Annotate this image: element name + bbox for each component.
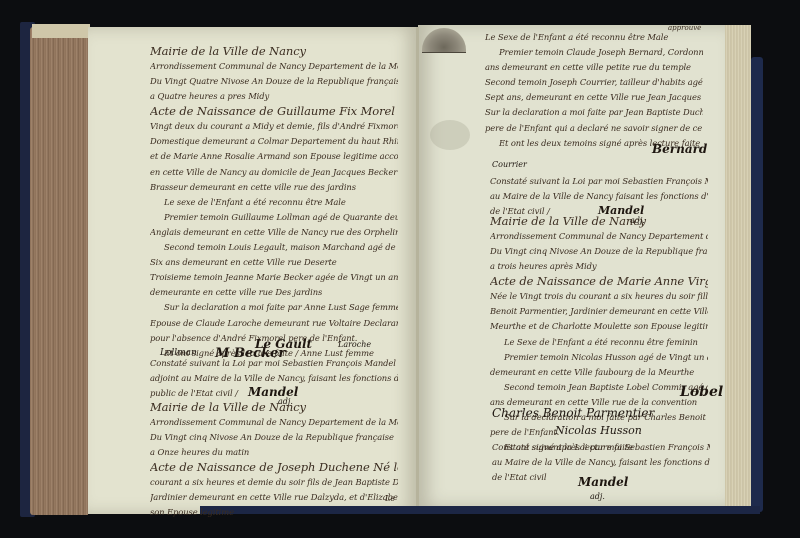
record1-body-line: Epouse de Claude Laroche demeurant rue V…	[150, 316, 398, 331]
left-record2-text: Mairie de la Ville de Nancy Arrondisseme…	[150, 400, 398, 521]
signature-lobel: Lobel	[680, 384, 723, 400]
record2-cont-line: Sur la declaration a moi faite par Jean …	[485, 105, 703, 120]
record2-body-line: son Epouse legitime	[150, 505, 398, 520]
certification-line: au Maire de la Ville de Nancy faisant le…	[490, 189, 708, 204]
officer-title: adj.	[590, 492, 605, 501]
record2-cont-line: Second temoin Joseph Courrier, tailleur …	[485, 75, 703, 90]
signature-laroche: Laroche	[338, 340, 371, 349]
record2-act-title: Acte de Naissance de Joseph Duchene Né l…	[150, 460, 398, 475]
record1-body-line: demeurante en cette ville rue Des jardin…	[150, 285, 398, 300]
record2-line: Arrondissement Communal de Nancy Departe…	[150, 415, 398, 430]
record3-body-line: demeurant en cette Ville faubourg de la …	[490, 365, 708, 380]
record3-body-line: Second temoin Jean Baptiste Lobel Commis…	[490, 380, 708, 395]
record2-line: a Onze heures du matin	[150, 445, 398, 460]
record1-body-line: Sur la declaration a moi faite par Anne …	[150, 300, 398, 315]
certification-line: au Maire de la Ville de Nancy, faisant l…	[492, 455, 710, 470]
record1-body-line: Anglais demeurant en cette Ville de Nanc…	[150, 225, 398, 240]
record2-cont-line: Sept ans, demeurant en cette Ville rue J…	[485, 90, 703, 105]
record2-body-line: courant a six heures et demie du soir fi…	[150, 475, 398, 490]
record3-body-line: Benoit Parmentier, Jardinier demeurant e…	[490, 304, 708, 319]
record1-body-line: Troisieme temoin Jeanne Marie Becker agé…	[150, 270, 398, 285]
record2-cont-line: Le Sexe de l'Enfant a été reconnu être M…	[485, 30, 703, 45]
record1-line: Du Vingt Quatre Nivose An Douze de la Re…	[150, 74, 398, 89]
record3-act-title: Acte de Naissance de Marie Anne Virginie…	[490, 274, 708, 289]
record2-body-line: Jardinier demeurant en cette Ville rue D…	[150, 490, 398, 505]
margin-note: approuvé	[668, 24, 701, 32]
left-page-text: Mairie de la Ville de Nancy Arrondisseme…	[150, 44, 398, 361]
officer-signature-mandel: Mandel	[578, 475, 628, 489]
faint-seal-icon	[430, 120, 470, 150]
record1-body-line: Vingt deux du courant a Midy et demie, f…	[150, 119, 398, 134]
record2-line: Du Vingt cinq Nivose An Douze de la Repu…	[150, 430, 398, 445]
record1-line: Arrondissement Communal de Nancy Departe…	[150, 59, 398, 74]
page-edges-left	[30, 27, 88, 515]
record2-heading: Mairie de la Ville de Nancy	[150, 400, 398, 415]
record3-heading: Mairie de la Ville de Nancy	[490, 214, 708, 229]
book-cover-right	[751, 57, 763, 512]
record1-body-line: Second temoin Louis Legault, maison Marc…	[150, 240, 398, 255]
page-edges-top	[32, 24, 90, 38]
record3-body-line: Premier temoin Nicolas Husson agé de Vin…	[490, 350, 708, 365]
record3-body-line: Née le Vingt trois du courant a six heur…	[490, 289, 708, 304]
signature-husson: Nicolas Husson	[555, 424, 642, 437]
record1-body-line: Domestique demeurant a Colmar Departemen…	[150, 134, 398, 149]
record2-cont-line: pere de l'Enfant qui a declaré ne savoir…	[485, 121, 703, 136]
record3-line: Du Vingt cinq Nivose An Douze de la Repu…	[490, 244, 708, 259]
certification-line: Constaté suivant la Loi par moi Sebastie…	[492, 440, 710, 455]
record3-line: Arrondissement Communal de Nancy Departe…	[490, 229, 708, 244]
certification-line: adjoint au Maire de la Ville de Nancy, f…	[150, 371, 398, 386]
record1-act-title: Acte de Naissance de Guillaume Fix Morel…	[150, 104, 398, 119]
record1-body-line: Brasseur demeurant en cette ville rue de…	[150, 180, 398, 195]
record1-body-line: Le sexe de l'Enfant a été reconnu être M…	[150, 195, 398, 210]
signature-courrier: Courrier	[492, 160, 527, 169]
record1-body-line: Six ans demeurant en cette Ville rue Des…	[150, 255, 398, 270]
record1-body-line: Premier temoin Guillaume Lollman agé de …	[150, 210, 398, 225]
right-page-text: Le Sexe de l'Enfant a été reconnu être M…	[485, 30, 703, 151]
certification-line: Constaté suivant la Loi par moi Sebastie…	[490, 174, 708, 189]
signature-bernard: Bernard	[652, 142, 707, 156]
signature-parmentier: Charles Benoit Parmentier	[492, 406, 654, 420]
page-edges-right	[725, 25, 751, 510]
record3-body-line: Le Sexe de l'Enfant a été reconnu être f…	[490, 335, 708, 350]
record1-body-line: en cette Ville de Nancy au domicile de J…	[150, 165, 398, 180]
certification-line: Constaté suivant la Loi par moi Sebastie…	[150, 356, 398, 371]
record3-line: a trois heures après Midy	[490, 259, 708, 274]
record2-cont-line: ans demeurant en cette ville petite rue …	[485, 60, 703, 75]
book-gutter	[416, 27, 419, 512]
record2-cont-line: Premier temoin Claude Joseph Bernard, Co…	[485, 45, 703, 60]
record1-line: a Quatre heures a pres Midy	[150, 89, 398, 104]
record3-body-line: Meurthe et de Charlotte Moulette son Epo…	[490, 319, 708, 334]
record1-heading: Mairie de la Ville de Nancy	[150, 44, 398, 59]
catchword: Le	[385, 494, 395, 503]
record1-body-line: et de Marie Anne Rosalie Armand son Epou…	[150, 149, 398, 164]
